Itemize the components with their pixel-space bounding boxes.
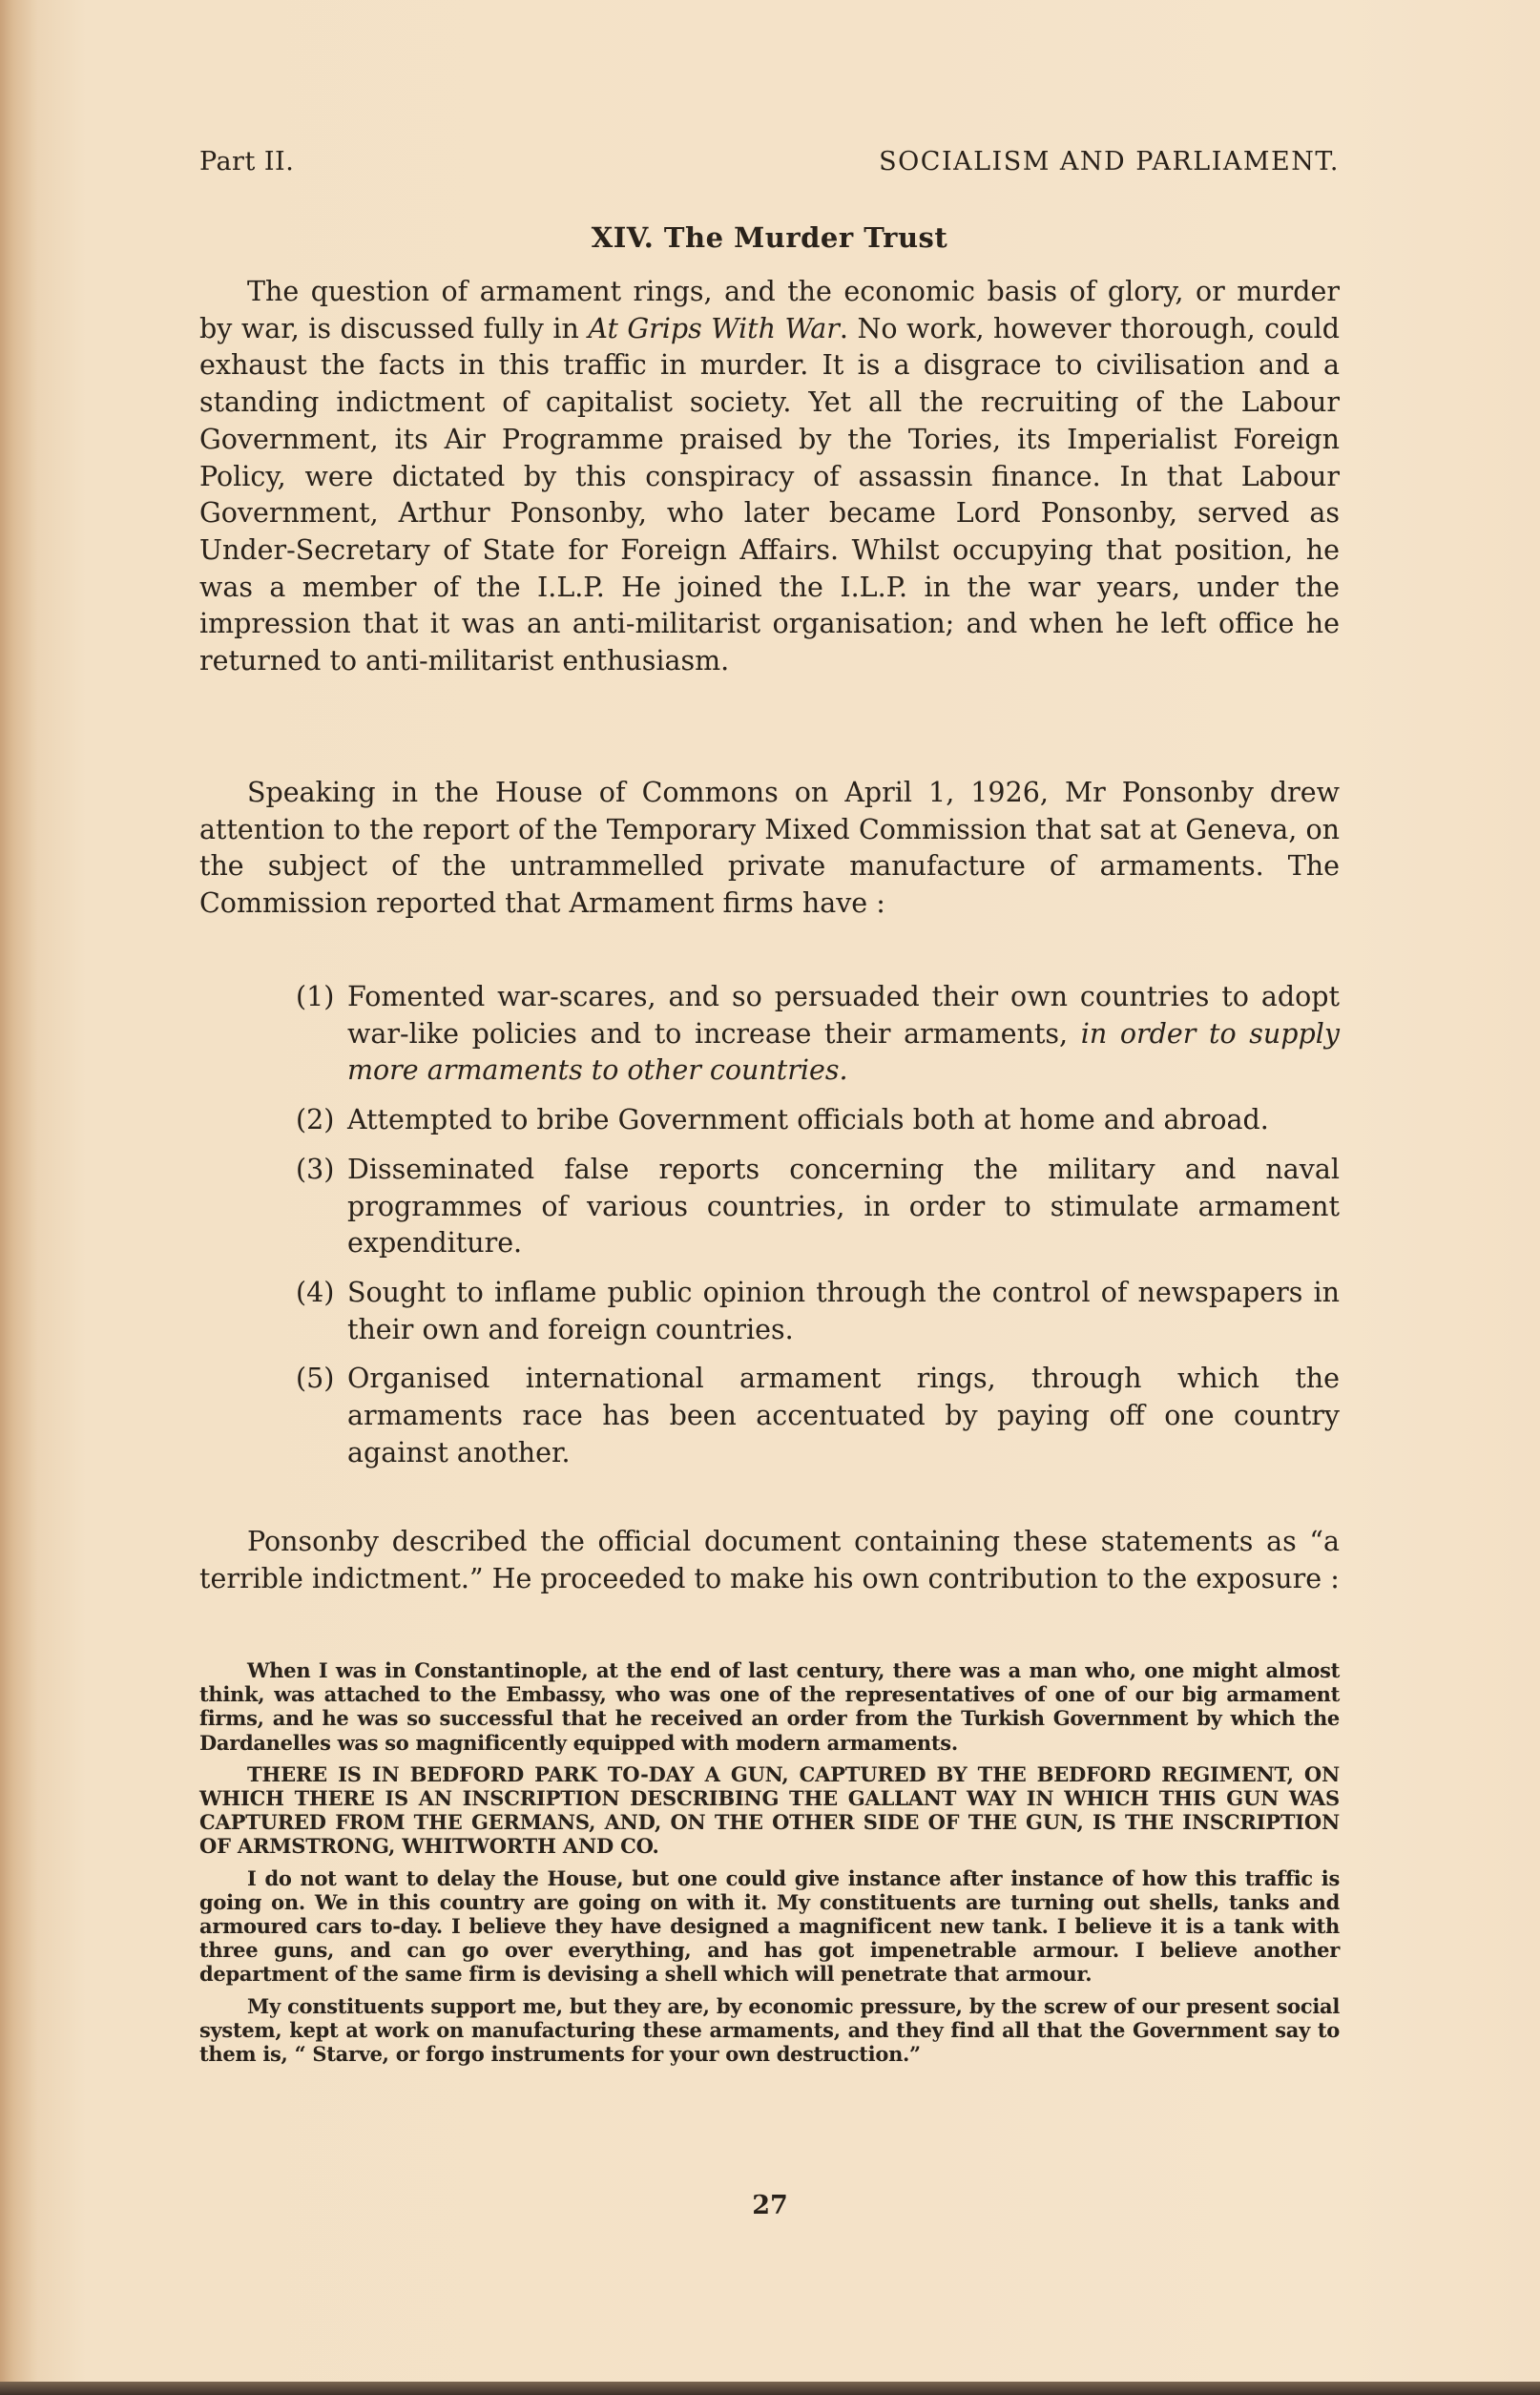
block-quote: When I was in Constantinople, at the end… bbox=[199, 1658, 1340, 2073]
paragraph-text: Ponsonby described the official document… bbox=[199, 1524, 1340, 1597]
quote-paragraph: I do not want to delay the House, but on… bbox=[199, 1866, 1340, 1987]
paragraph-commons-speech: Speaking in the House of Commons on Apri… bbox=[199, 775, 1340, 923]
list-text: Sought to inflame public opinion through… bbox=[347, 1277, 1340, 1345]
chapter-title: XIV. The Murder Trust bbox=[199, 221, 1340, 254]
list-text: Attempted to bribe Government officials … bbox=[347, 1104, 1269, 1135]
list-number: (3) bbox=[296, 1152, 334, 1189]
page-number: 27 bbox=[0, 2191, 1540, 2220]
list-text: Organised international armament rings, … bbox=[347, 1363, 1340, 1468]
paragraph-text: The question of armament rings, and the … bbox=[199, 274, 1340, 680]
paragraph-text: Speaking in the House of Commons on Apri… bbox=[199, 775, 1340, 923]
quote-paragraph-caps: THERE IS IN BEDFORD PARK TO-DAY A GUN, C… bbox=[199, 1762, 1340, 1859]
section-title: SOCIALISM AND PARLIAMENT. bbox=[879, 147, 1340, 177]
list-text: Disseminated false reports concerning th… bbox=[347, 1154, 1340, 1259]
list-number: (2) bbox=[296, 1102, 334, 1139]
paragraph-intro: The question of armament rings, and the … bbox=[199, 274, 1340, 680]
running-header: Part II. SOCIALISM AND PARLIAMENT. bbox=[199, 147, 1340, 185]
book-title: At Grips With War bbox=[588, 313, 840, 344]
quote-paragraph: My constituents support me, but they are… bbox=[199, 1994, 1340, 2067]
list-number: (4) bbox=[296, 1275, 334, 1312]
list-number: (1) bbox=[296, 979, 334, 1016]
part-label: Part II. bbox=[199, 147, 294, 177]
list-number: (5) bbox=[296, 1361, 334, 1398]
book-page: Part II. SOCIALISM AND PARLIAMENT. XIV. … bbox=[0, 0, 1540, 2395]
list-item: (3) Disseminated false reports concernin… bbox=[296, 1152, 1340, 1262]
page-bottom-edge bbox=[0, 2382, 1540, 2395]
list-item: (2) Attempted to bribe Government offici… bbox=[296, 1102, 1340, 1139]
list-item: (4) Sought to inflame public opinion thr… bbox=[296, 1275, 1340, 1348]
paragraph-ponsonby-description: Ponsonby described the official document… bbox=[199, 1524, 1340, 1597]
list-item: (1) Fomented war-scares, and so persuade… bbox=[296, 979, 1340, 1090]
paragraph-text-after: . No work, however thorough, could exhau… bbox=[199, 313, 1340, 677]
list-item: (5) Organised international armament rin… bbox=[296, 1361, 1340, 1471]
quote-paragraph: When I was in Constantinople, at the end… bbox=[199, 1658, 1340, 1755]
commission-findings-list: (1) Fomented war-scares, and so persuade… bbox=[296, 979, 1340, 1484]
